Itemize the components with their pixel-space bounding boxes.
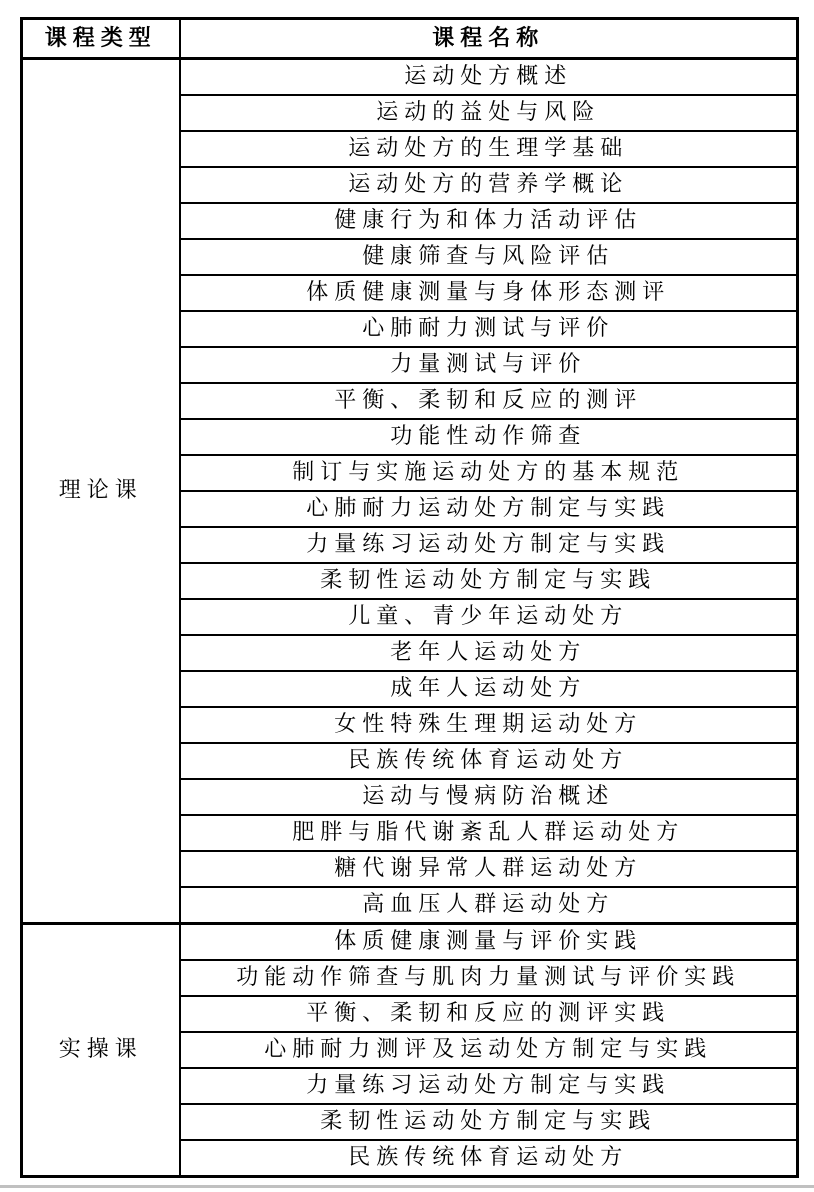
course-name-cell: 平衡、柔韧和反应的测评实践 <box>180 996 798 1032</box>
course-name-cell: 健康行为和体力活动评估 <box>180 203 798 239</box>
course-name-cell: 制订与实施运动处方的基本规范 <box>180 455 798 491</box>
course-name-cell: 柔韧性运动处方制定与实践 <box>180 1104 798 1140</box>
document-page: 课程类型 课程名称 理论课运动处方概述运动的益处与风险运动处方的生理学基础运动处… <box>0 0 814 1192</box>
course-name-cell: 体质健康测量与评价实践 <box>180 924 798 961</box>
course-type-cell: 实操课 <box>22 924 180 1177</box>
course-name-cell: 心肺耐力测试与评价 <box>180 311 798 347</box>
course-name-cell: 老年人运动处方 <box>180 635 798 671</box>
course-name-cell: 民族传统体育运动处方 <box>180 1140 798 1177</box>
course-name-cell: 柔韧性运动处方制定与实践 <box>180 563 798 599</box>
course-name-cell: 功能性动作筛查 <box>180 419 798 455</box>
course-name-cell: 糖代谢异常人群运动处方 <box>180 851 798 887</box>
table-row: 实操课体质健康测量与评价实践 <box>22 924 798 961</box>
course-name-cell: 体质健康测量与身体形态测评 <box>180 275 798 311</box>
course-type-cell: 理论课 <box>22 59 180 924</box>
page-edge-line <box>0 1185 814 1188</box>
course-name-cell: 成年人运动处方 <box>180 671 798 707</box>
course-name-cell: 健康筛查与风险评估 <box>180 239 798 275</box>
course-name-cell: 运动处方概述 <box>180 59 798 96</box>
course-name-cell: 运动与慢病防治概述 <box>180 779 798 815</box>
course-name-cell: 运动的益处与风险 <box>180 95 798 131</box>
course-name-cell: 肥胖与脂代谢紊乱人群运动处方 <box>180 815 798 851</box>
course-name-cell: 运动处方的生理学基础 <box>180 131 798 167</box>
course-name-cell: 运动处方的营养学概论 <box>180 167 798 203</box>
course-name-cell: 民族传统体育运动处方 <box>180 743 798 779</box>
course-name-cell: 力量练习运动处方制定与实践 <box>180 1068 798 1104</box>
course-table-container: 课程类型 课程名称 理论课运动处方概述运动的益处与风险运动处方的生理学基础运动处… <box>20 17 799 1178</box>
course-name-cell: 力量练习运动处方制定与实践 <box>180 527 798 563</box>
course-name-cell: 心肺耐力运动处方制定与实践 <box>180 491 798 527</box>
course-name-cell: 平衡、柔韧和反应的测评 <box>180 383 798 419</box>
course-name-cell: 女性特殊生理期运动处方 <box>180 707 798 743</box>
course-name-cell: 儿童、青少年运动处方 <box>180 599 798 635</box>
course-name-cell: 高血压人群运动处方 <box>180 887 798 924</box>
header-row: 课程类型 课程名称 <box>22 19 798 59</box>
table-row: 理论课运动处方概述 <box>22 59 798 96</box>
course-table: 课程类型 课程名称 理论课运动处方概述运动的益处与风险运动处方的生理学基础运动处… <box>20 17 799 1178</box>
course-name-cell: 力量测试与评价 <box>180 347 798 383</box>
column-header-course-name: 课程名称 <box>180 19 798 59</box>
course-table-body: 理论课运动处方概述运动的益处与风险运动处方的生理学基础运动处方的营养学概论健康行… <box>22 59 798 1177</box>
course-name-cell: 功能动作筛查与肌肉力量测试与评价实践 <box>180 960 798 996</box>
course-name-cell: 心肺耐力测评及运动处方制定与实践 <box>180 1032 798 1068</box>
column-header-course-type: 课程类型 <box>22 19 180 59</box>
